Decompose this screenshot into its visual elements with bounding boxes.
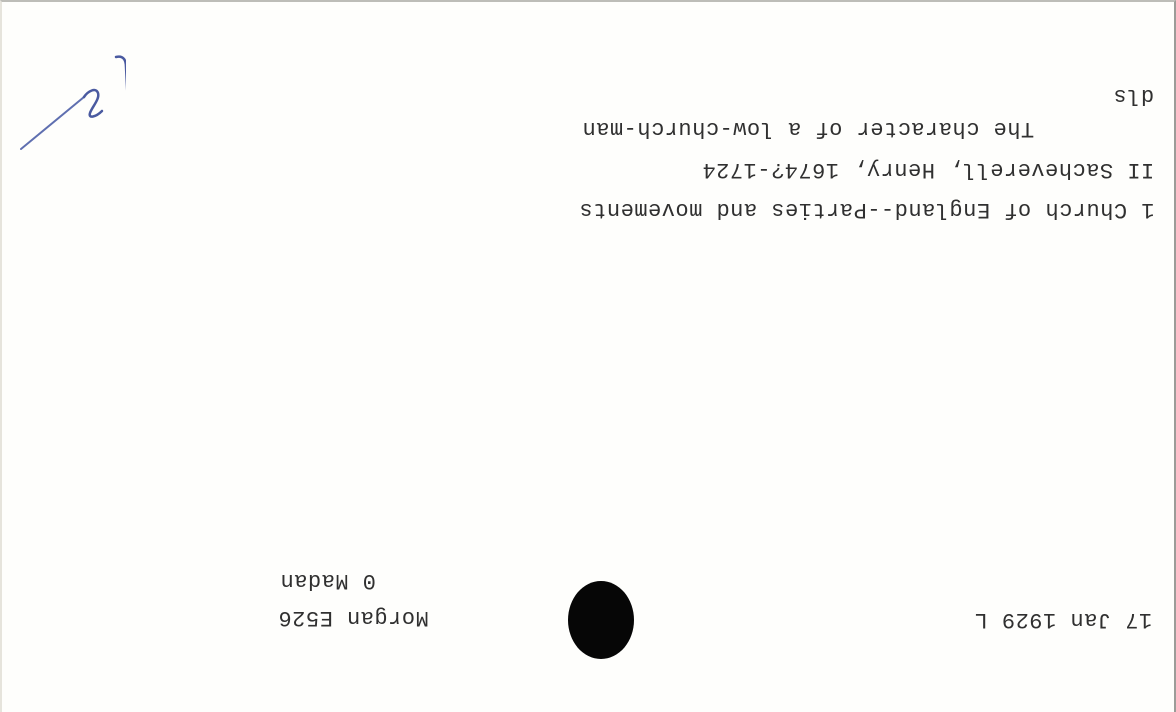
punch-hole	[568, 581, 634, 659]
catalog-card: dls The character of a low-church-man II…	[0, 0, 1176, 712]
footer-source2: 0 Madan	[280, 569, 376, 591]
catalog-line-subject: 1 Church of England--Parties and movemen…	[579, 198, 1155, 220]
catalog-line-added-entry: II Sacheverell, Henry, 1674?-1724	[702, 158, 1154, 180]
footer-date: 17 Jan 1929 L	[974, 608, 1152, 630]
catalog-line-dls: dls	[1113, 84, 1154, 106]
handwritten-mark-icon	[16, 47, 126, 157]
catalog-line-title: The character of a low-church-man	[582, 117, 1034, 139]
handwritten-annotation	[16, 47, 126, 162]
footer-source: Morgan E526	[278, 606, 429, 628]
